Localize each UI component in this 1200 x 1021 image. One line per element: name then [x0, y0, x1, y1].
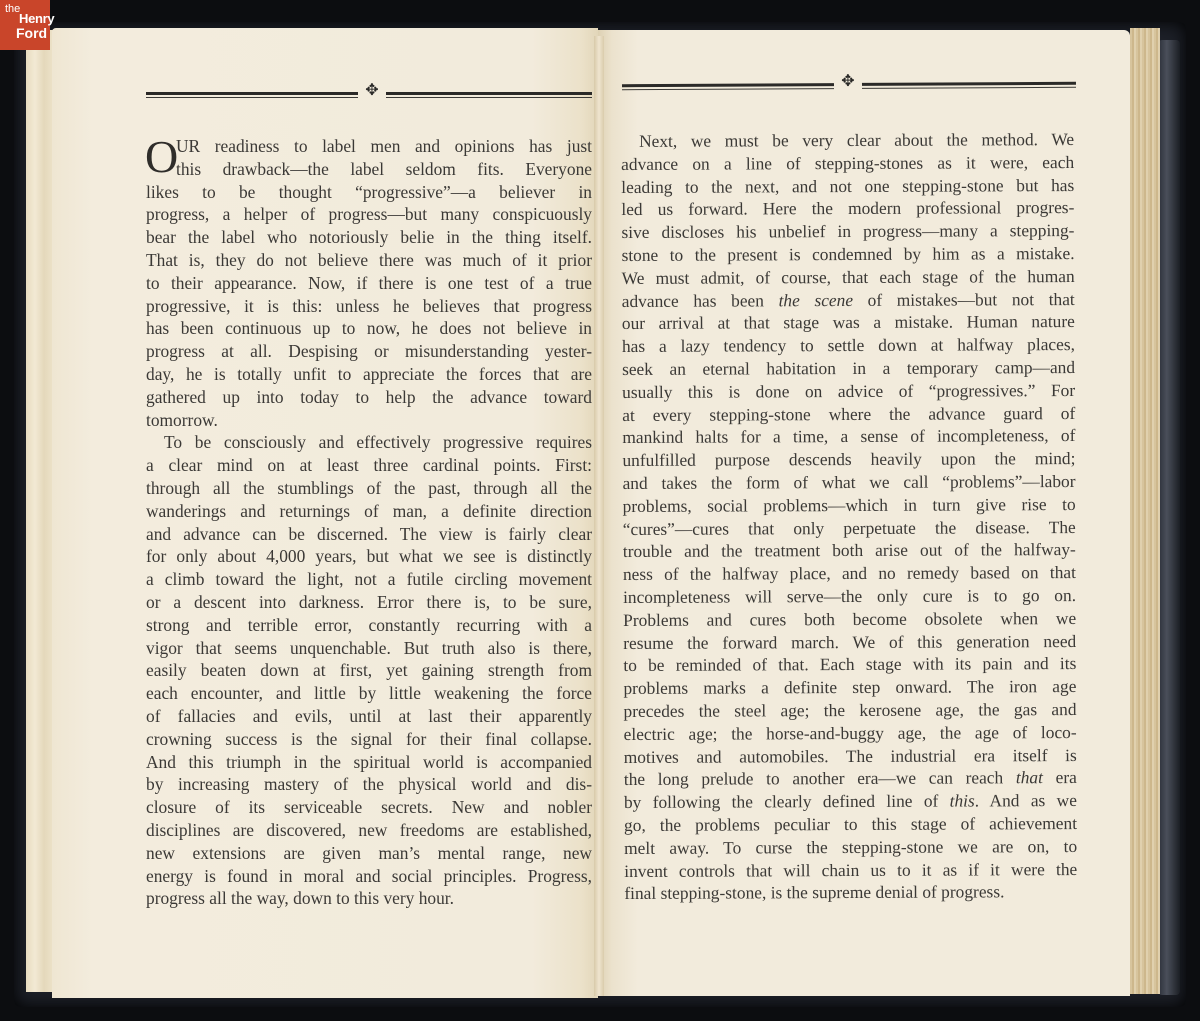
text-line: new extensions are given man’s mental ra… [146, 842, 592, 865]
text-line: vigor that seems unquenchable. But truth… [146, 637, 592, 660]
text-line: this drawback—the label seldom fits. Eve… [146, 158, 592, 181]
text-line: precedes the steel age; the kerosene age… [623, 698, 1076, 723]
italic-text: this [950, 791, 975, 811]
text-line: seek an eternal habitation in a temporar… [622, 356, 1075, 381]
book-gutter [594, 36, 604, 996]
text-line: a climb toward the light, not a futile c… [146, 568, 592, 591]
drop-cap: O [145, 137, 178, 177]
page-stack-right [1130, 28, 1160, 994]
text-line: for only about 4,000 years, but what we … [146, 545, 592, 568]
ornamental-rule-right: ✥ [622, 80, 1076, 94]
text-line: electric age; the horse-and-buggy age, t… [624, 721, 1077, 746]
text-line: easily beaten down at first, yet gaining… [146, 659, 592, 682]
text-line: has a lazy tendency to settle down at ha… [622, 333, 1075, 358]
text-line: sive discloses his unbelief in progress—… [621, 219, 1074, 244]
logo-ford: Ford [16, 25, 47, 41]
text-line: To be consciously and effectively progre… [146, 431, 592, 454]
italic-text: the scene [779, 290, 854, 310]
right-page-text: Next, we must be very clear about the me… [621, 128, 1077, 905]
text-line: progress at all. Despising or misunderst… [146, 340, 592, 363]
text-line: of fallacies and evils, until at last th… [146, 705, 592, 728]
text-line: strong and terrible error, constantly re… [146, 614, 592, 637]
text-line: to be reminded of that. Each stage with … [623, 652, 1076, 677]
italic-text: that [1016, 767, 1043, 787]
text-line: Problems and cures both become obsolete … [623, 607, 1076, 632]
text-line: progressive, it is this: unless he belie… [146, 295, 592, 318]
text-line: to their appearance. Now, if there is on… [146, 272, 592, 295]
text-line: trouble and the treatment both arise out… [623, 538, 1076, 563]
text-line: stone to the present is condemned by him… [621, 242, 1074, 267]
text-line: advance has been the scene of mistakes—b… [622, 288, 1075, 313]
text-line: disciplines are discovered, new freedoms… [146, 819, 592, 842]
text-line: progress all the way, down to this very … [146, 887, 592, 910]
text-line: “cures”—cures that only perpetuate the d… [623, 516, 1076, 541]
text-line: through all the stumblings of the past, … [146, 477, 592, 500]
text-segment: . And as we [975, 790, 1077, 810]
text-line: bear the label who notoriously belie in … [146, 226, 592, 249]
text-line: resume the forward march. We of this gen… [623, 630, 1076, 655]
text-line: UR readiness to label men and opinions h… [146, 135, 592, 158]
text-line: by following the clearly defined line of… [624, 789, 1077, 814]
text-line: motives and automobiles. The industrial … [624, 744, 1077, 769]
text-line: invent controls that will chain us to it… [624, 858, 1077, 883]
text-line: usually this is done on advice of “progr… [622, 379, 1075, 404]
text-line: mankind halts for a time, a sense of inc… [622, 424, 1075, 449]
text-segment: by following the clearly defined line of [624, 791, 950, 812]
text-line: has been continuous up to now, he does n… [146, 317, 592, 340]
text-line: go, the problems peculiar to this stage … [624, 812, 1077, 837]
text-line: We must admit, of course, that each stag… [622, 265, 1075, 290]
text-line: problems marks a definite step onward. T… [623, 675, 1076, 700]
text-line: and takes the form of what we call “prob… [622, 470, 1075, 495]
text-line: each encounter, and little by little wea… [146, 682, 592, 705]
text-line: ness of the halfway place, and no remedy… [623, 561, 1076, 586]
text-line: progress, a helper of progress—but many … [146, 203, 592, 226]
text-line: melt away. To curse the stepping-stone w… [624, 835, 1077, 860]
text-segment: advance has been [622, 290, 779, 311]
text-line: leading to the next, and not one steppin… [621, 174, 1074, 199]
ornamental-rule-left: ✥ [146, 90, 592, 102]
book-spine-edge [1158, 40, 1180, 995]
henry-ford-logo: the Henry Ford [0, 0, 50, 50]
text-line: Next, we must be very clear about the me… [621, 128, 1074, 153]
fleuron-icon: ✥ [838, 74, 858, 90]
fleuron-icon: ✥ [362, 83, 382, 99]
text-segment: of mistakes—but not that [853, 289, 1075, 310]
text-line: incompleteness will serve—the only cure … [623, 584, 1076, 609]
text-line: wanderings and returnings of man, a defi… [146, 500, 592, 523]
text-line: crowning success is the signal for their… [146, 728, 592, 751]
text-line: likes to be thought “progressive”—a beli… [146, 181, 592, 204]
logo-henry: Henry [19, 12, 54, 26]
text-line: tomorrow. [146, 409, 592, 432]
text-line: That is, they do not believe there was m… [146, 249, 592, 272]
text-line: final stepping-stone, is the supreme den… [624, 880, 1077, 905]
logo-the: the [5, 3, 20, 15]
text-line: and advance can be discerned. The view i… [146, 523, 592, 546]
text-segment: era [1043, 767, 1077, 787]
text-line: And this triumph in the spiritual world … [146, 751, 592, 774]
text-line: gathered up into today to help the advan… [146, 386, 592, 409]
text-line: at every stepping-stone where the advanc… [622, 402, 1075, 427]
text-line: day, he is totally unfit to appreciate t… [146, 363, 592, 386]
text-line: led us forward. Here the modern professi… [621, 196, 1074, 221]
text-line: closure of its serviceable secrets. New … [146, 796, 592, 819]
text-line: unfulfilled purpose descends heavily upo… [622, 447, 1075, 472]
text-line: energy is found in moral and social prin… [146, 865, 592, 888]
text-line: advance on a line of stepping-stones as … [621, 151, 1074, 176]
text-line: the long prelude to another era—we can r… [624, 766, 1077, 791]
text-line: by increasing mastery of the physical wo… [146, 773, 592, 796]
text-line: or a descent into darkness. Error there … [146, 591, 592, 614]
text-line: our arrival at that stage was a mistake.… [622, 310, 1075, 335]
left-page-text: O UR readiness to label men and opinions… [146, 135, 592, 910]
text-line: a clear mind on at least three cardinal … [146, 454, 592, 477]
text-segment: the long prelude to another era—we can r… [624, 768, 1016, 790]
text-line: problems, social problems—which in turn … [623, 493, 1076, 518]
